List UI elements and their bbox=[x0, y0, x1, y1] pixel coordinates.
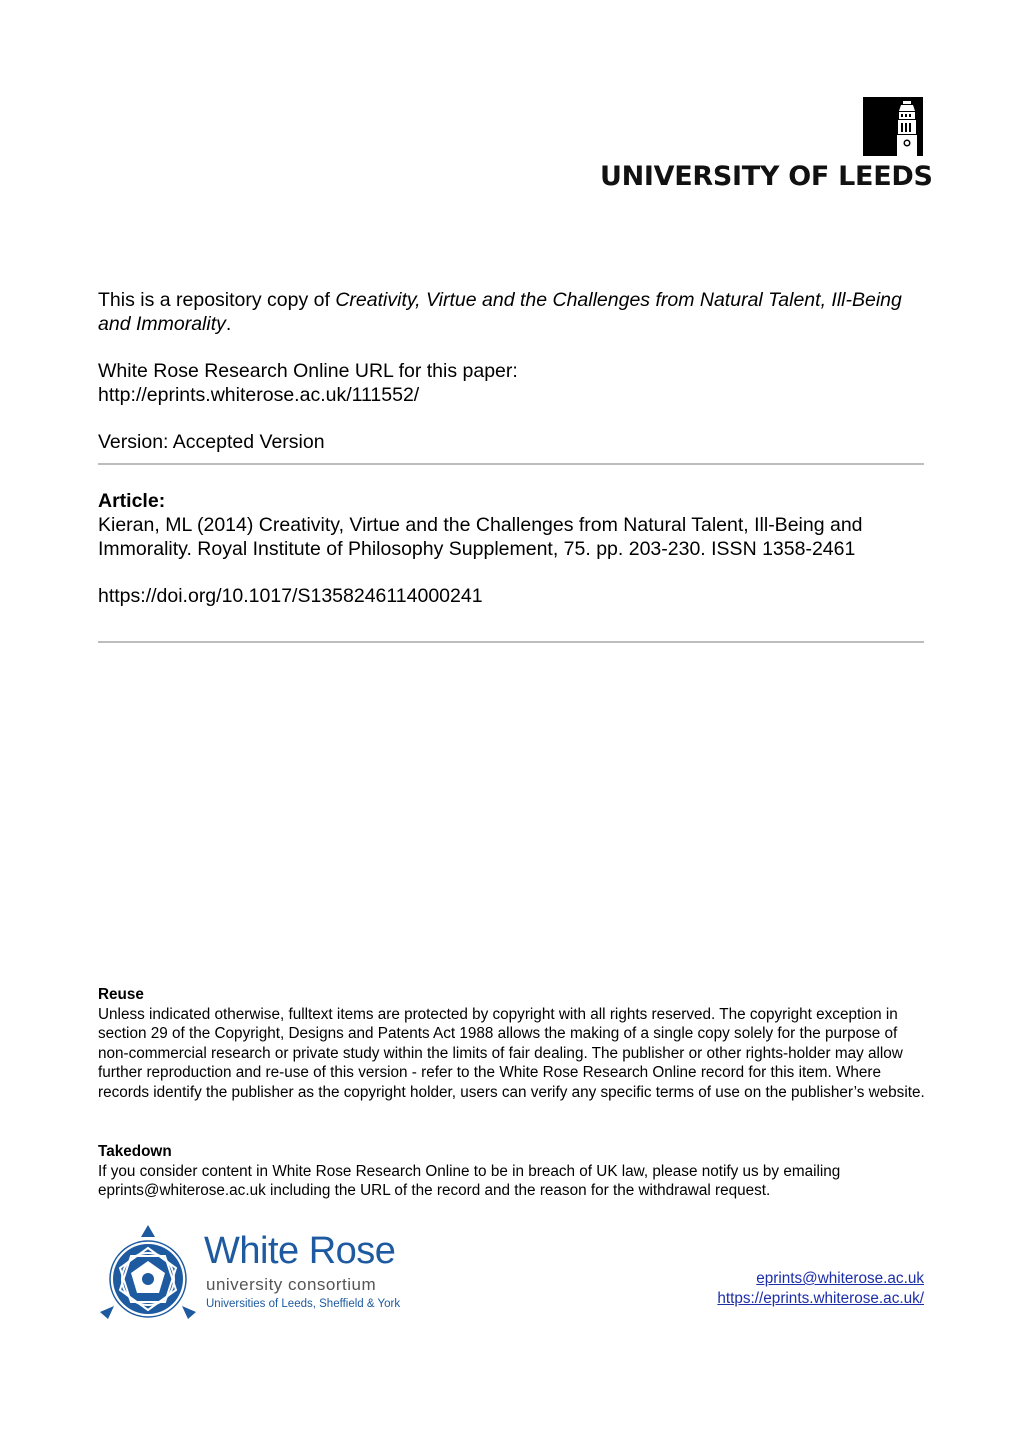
version-label: Version: Accepted Version bbox=[98, 430, 928, 454]
repository-statement: This is a repository copy of Creativity,… bbox=[98, 288, 928, 336]
white-rose-universities: Universities of Leeds, Sheffield & York bbox=[206, 1298, 400, 1310]
paper-url[interactable]: http://eprints.whiterose.ac.uk/111552/ bbox=[98, 383, 928, 407]
white-rose-emblem-icon bbox=[98, 1222, 198, 1322]
takedown-heading: Takedown bbox=[98, 1142, 928, 1162]
divider-bottom bbox=[98, 641, 924, 643]
divider-top bbox=[98, 463, 924, 465]
url-label: White Rose Research Online URL for this … bbox=[98, 359, 928, 383]
reuse-heading: Reuse bbox=[98, 985, 928, 1005]
repository-info: This is a repository copy of Creativity,… bbox=[98, 288, 928, 454]
parkinson-tower-icon bbox=[863, 97, 923, 156]
reuse-section: Reuse Unless indicated otherwise, fullte… bbox=[98, 985, 928, 1102]
article-citation: Kieran, ML (2014) Creativity, Virtue and… bbox=[98, 513, 928, 561]
repository-prefix: This is a repository copy of bbox=[98, 289, 335, 311]
takedown-text: If you consider content in White Rose Re… bbox=[98, 1162, 928, 1201]
white-rose-title: White Rose bbox=[204, 1230, 395, 1273]
repository-suffix: . bbox=[226, 313, 231, 335]
university-name: UNIVERSITY OF LEEDS bbox=[600, 161, 924, 192]
article-heading: Article: bbox=[98, 489, 928, 513]
email-link[interactable]: eprints@whiterose.ac.uk bbox=[717, 1269, 924, 1289]
white-rose-logo: White Rose university consortium Univers… bbox=[98, 1222, 398, 1327]
contact-links: eprints@whiterose.ac.uk https://eprints.… bbox=[717, 1269, 924, 1308]
article-doi[interactable]: https://doi.org/10.1017/S135824611400024… bbox=[98, 584, 928, 608]
reuse-text: Unless indicated otherwise, fulltext ite… bbox=[98, 1005, 928, 1103]
article-info: Article: Kieran, ML (2014) Creativity, V… bbox=[98, 489, 928, 608]
takedown-section: Takedown If you consider content in Whit… bbox=[98, 1142, 928, 1201]
white-rose-subtitle: university consortium bbox=[206, 1275, 376, 1295]
website-link[interactable]: https://eprints.whiterose.ac.uk/ bbox=[717, 1289, 924, 1309]
university-of-leeds-logo: UNIVERSITY OF LEEDS bbox=[600, 97, 924, 192]
